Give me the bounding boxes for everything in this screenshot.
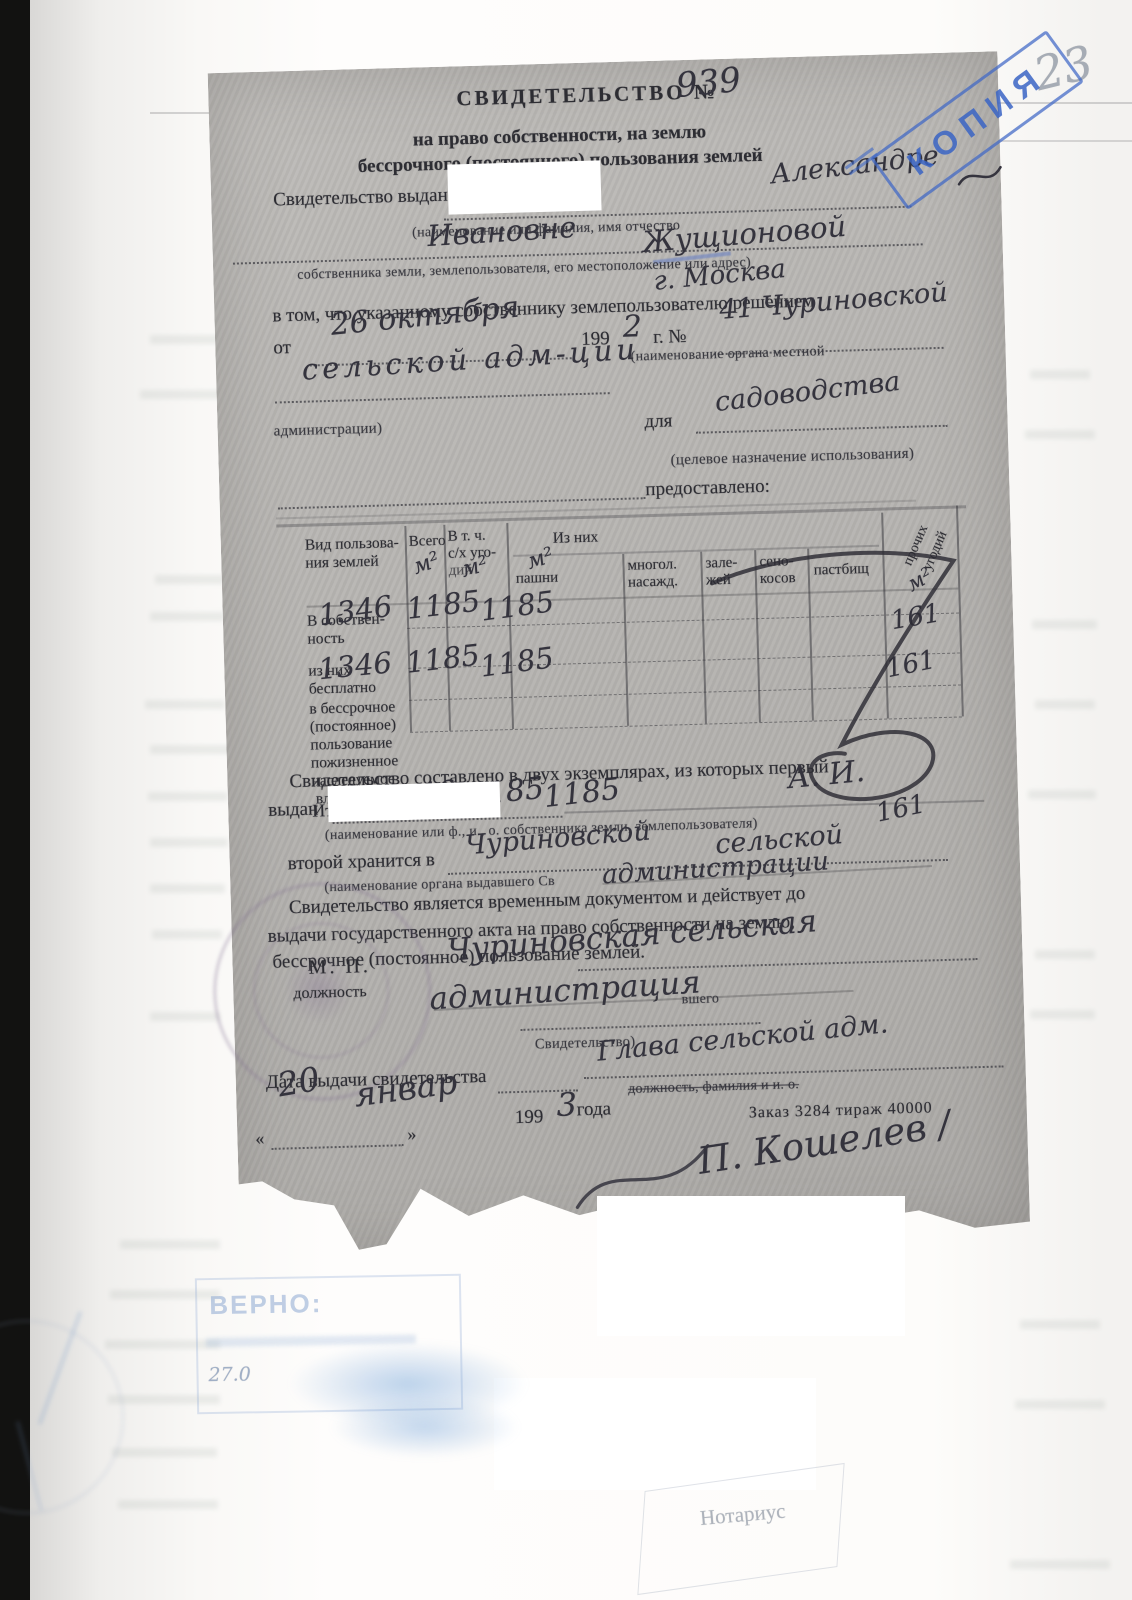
hand-kept-1: Чуриновской — [464, 816, 652, 862]
redaction-box — [597, 1196, 905, 1336]
ghost-text-line — [1028, 790, 1096, 799]
ghost-text-line — [150, 745, 235, 754]
provided-label: предоставлено: — [645, 476, 770, 501]
issued-label: Свидетельство выдано — [273, 184, 458, 211]
th-agri-1: В т. ч. — [447, 528, 485, 546]
ghost-text-line — [155, 575, 225, 584]
ghost-text-line — [150, 884, 225, 893]
hand-decision-date: 26 октября — [329, 290, 521, 343]
ghost-text-line — [1032, 620, 1097, 629]
th-type-2: ния землей — [305, 553, 379, 573]
caption-dolzhnost-struck: должность, фамилия и и. о. — [628, 1077, 799, 1098]
ghost-text-line — [150, 612, 225, 621]
ghost-text-line — [1015, 1400, 1105, 1409]
caption-vshego-remnant: вшего — [681, 991, 719, 1008]
verno-stamp-title: ВЕРНО: — [209, 1288, 323, 1321]
hand-day: 20 — [275, 1059, 323, 1104]
caption-org-2: администрации) — [273, 421, 382, 441]
hand-year-3: 3 — [556, 1085, 577, 1124]
ghost-text-line — [120, 1240, 220, 1249]
year-print-2: 199 — [515, 1106, 544, 1129]
redaction-box — [328, 781, 501, 822]
th-total: Всего — [409, 533, 446, 551]
goda-label: года — [576, 1098, 611, 1121]
ghost-text-line — [1035, 950, 1095, 959]
row2-total: 1346 — [317, 645, 394, 686]
ghost-text-line — [150, 838, 228, 847]
row1-pashni: 1185 — [478, 584, 556, 627]
certificate-number-hand: 939 — [674, 60, 742, 106]
fill-line — [696, 425, 948, 434]
ghost-text-line — [152, 930, 222, 939]
row2-pashni: 1185 — [478, 640, 556, 683]
hand-purpose: садоводства — [713, 366, 902, 418]
kept-label: второй хранится в — [287, 849, 435, 875]
ghost-text-line — [1010, 1560, 1110, 1569]
th-of-which: Из них — [552, 529, 598, 548]
row1-label-2: ность — [307, 630, 345, 649]
blue-ink-smudge — [330, 1396, 520, 1458]
quote-open: « — [255, 1128, 265, 1149]
quote-close: » — [407, 1124, 417, 1145]
dolzhnost-label: должность — [293, 983, 367, 1003]
redaction-box — [447, 160, 601, 214]
ghost-text-line — [1030, 1010, 1095, 1019]
ghost-text-line — [112, 1448, 217, 1457]
row2-agri: 1185 — [404, 638, 481, 680]
th-type-1: Вид пользова- — [305, 534, 399, 555]
hand-unit-total: м² — [409, 547, 443, 580]
ghost-text-line — [148, 792, 228, 801]
fill-line — [275, 392, 610, 403]
scanned-book-page: { "page": { "page_number": "23", "kopia"… — [0, 0, 1132, 1600]
certificate-document: СВИДЕТЕЛЬСТВО № 939 на право собственнос… — [208, 51, 1031, 1258]
caption-purpose: (целевое назначение использования) — [670, 446, 914, 470]
fill-line — [272, 1144, 404, 1150]
for-label: для — [644, 410, 672, 433]
ghost-text-line — [1035, 700, 1095, 709]
ghost-text-line — [145, 700, 225, 709]
row3-label-1: в бессрочное — [309, 698, 395, 718]
hand-name-2a: Ивановне — [426, 210, 577, 253]
ghost-text-line — [1030, 370, 1090, 379]
ghost-text-line — [150, 1012, 220, 1021]
from-label: от — [273, 337, 291, 359]
verno-stamp-date: 27.0 — [208, 1363, 251, 1386]
g-no-label: г. № — [653, 326, 687, 349]
row3-label-3: пользование — [310, 734, 392, 754]
made-line-2: выдан — [268, 798, 319, 821]
row1-agri: 1185 — [405, 584, 482, 626]
mp-label: М. П. — [308, 955, 371, 980]
hand-head-title: Глава сельской адм. — [596, 1008, 890, 1067]
ghost-text-line — [118, 1500, 218, 1509]
fill-line — [278, 497, 646, 509]
ghost-text-line — [1020, 1320, 1100, 1329]
ghost-text-line — [1025, 430, 1095, 439]
hand-org-big-2: администрация — [428, 964, 701, 1017]
